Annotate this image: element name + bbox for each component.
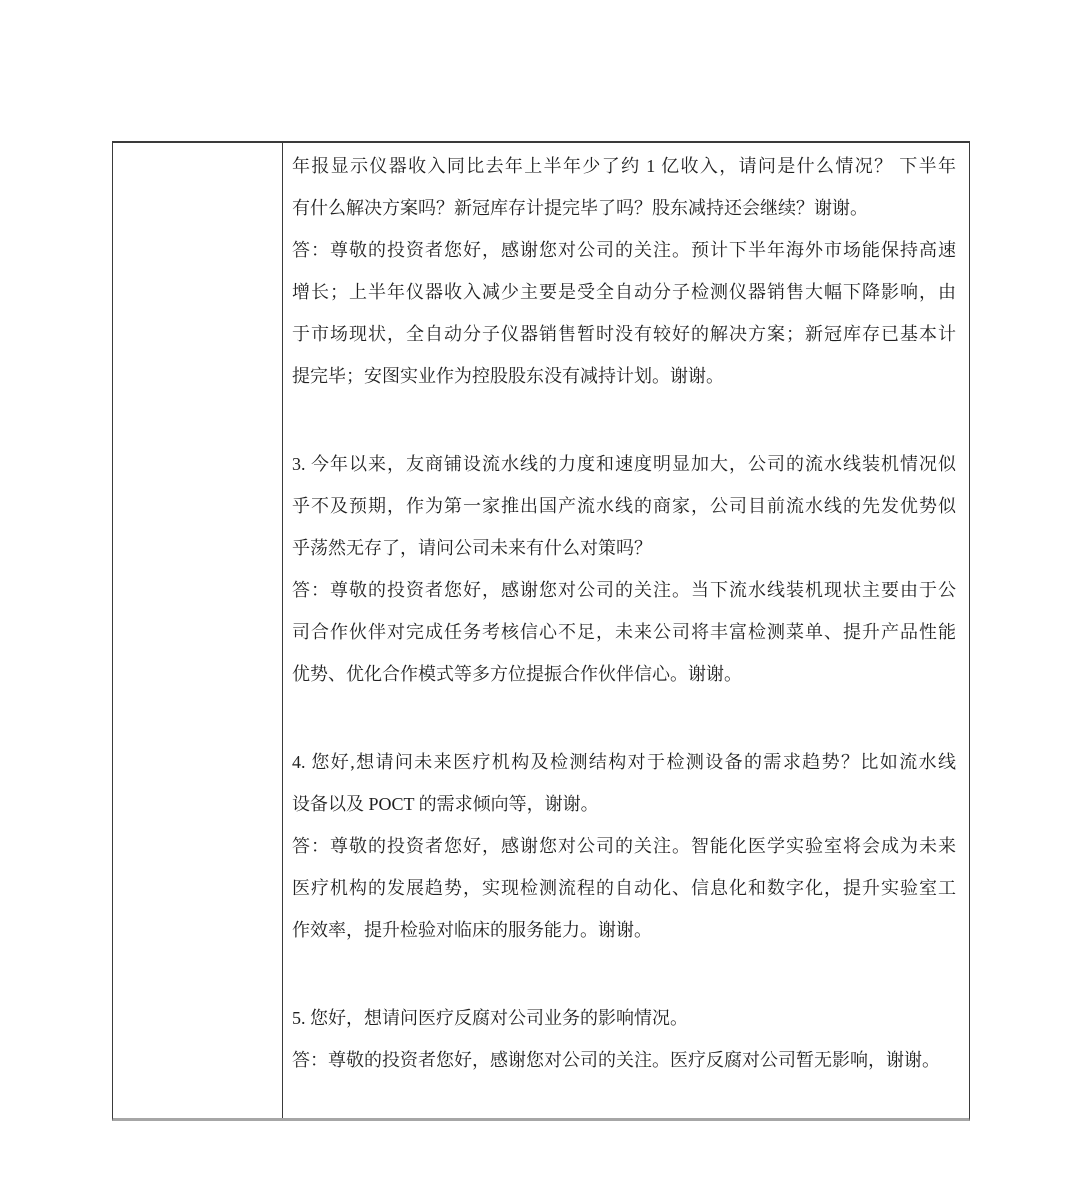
question-text-4: 4. 您好,想请问未来医疗机构及检测结构对于检测设备的需求趋势？比如流水线设备以… xyxy=(292,741,956,825)
table-content-cell: 年报显示仪器收入同比去年上半年少了约 1 亿收入，请问是什么情况？ 下半年有什么… xyxy=(283,143,969,1118)
answer-text-1: 答：尊敬的投资者您好，感谢您对公司的关注。预计下半年海外市场能保持高速增长；上半… xyxy=(292,229,956,397)
text-line: 优势、优化合作模式等多方位提振合作伙伴信心。谢谢。 xyxy=(292,653,956,695)
text-line: 3. 今年以来，友商铺设流水线的力度和速度明显加大，公司的流水线装机情况似 xyxy=(292,443,956,485)
answer-text-4: 答：尊敬的投资者您好，感谢您对公司的关注。智能化医学实验室将会成为未来医疗机构的… xyxy=(292,825,956,951)
text-line: 司合作伙伴对完成任务考核信心不足，未来公司将丰富检测菜单、提升产品性能 xyxy=(292,611,956,653)
answer-text-5: 答：尊敬的投资者您好，感谢您对公司的关注。医疗反腐对公司暂无影响，谢谢。 xyxy=(292,1039,956,1081)
text-line: 设备以及 POCT 的需求倾向等，谢谢。 xyxy=(292,783,956,825)
text-line: 答：尊敬的投资者您好，感谢您对公司的关注。智能化医学实验室将会成为未来 xyxy=(292,825,956,867)
text-line: 答：尊敬的投资者您好，感谢您对公司的关注。医疗反腐对公司暂无影响，谢谢。 xyxy=(292,1039,956,1081)
answer-text-3: 答：尊敬的投资者您好，感谢您对公司的关注。当下流水线装机现状主要由于公司合作伙伴… xyxy=(292,569,956,695)
text-line: 有什么解决方案吗？新冠库存计提完毕了吗？股东减持还会继续？谢谢。 xyxy=(292,187,956,229)
text-line: 乎不及预期，作为第一家推出国产流水线的商家，公司目前流水线的先发优势似 xyxy=(292,485,956,527)
text-line: 答：尊敬的投资者您好，感谢您对公司的关注。预计下半年海外市场能保持高速 xyxy=(292,229,956,271)
qa-item-4: 4. 您好,想请问未来医疗机构及检测结构对于检测设备的需求趋势？比如流水线设备以… xyxy=(292,741,956,951)
qa-table: 年报显示仪器收入同比去年上半年少了约 1 亿收入，请问是什么情况？ 下半年有什么… xyxy=(112,141,970,1121)
document-page: 年报显示仪器收入同比去年上半年少了约 1 亿收入，请问是什么情况？ 下半年有什么… xyxy=(0,0,1080,1197)
text-line: 乎荡然无存了，请问公司未来有什么对策吗？ xyxy=(292,527,956,569)
qa-item-1: 年报显示仪器收入同比去年上半年少了约 1 亿收入，请问是什么情况？ 下半年有什么… xyxy=(292,145,956,397)
text-line: 5. 您好，想请问医疗反腐对公司业务的影响情况。 xyxy=(292,997,956,1039)
text-line: 于市场现状，全自动分子仪器销售暂时没有较好的解决方案；新冠库存已基本计 xyxy=(292,313,956,355)
qa-item-5: 5. 您好，想请问医疗反腐对公司业务的影响情况。 答：尊敬的投资者您好，感谢您对… xyxy=(292,997,956,1081)
text-line: 作效率，提升检验对临床的服务能力。谢谢。 xyxy=(292,909,956,951)
question-text-5: 5. 您好，想请问医疗反腐对公司业务的影响情况。 xyxy=(292,997,956,1039)
question-text-3: 3. 今年以来，友商铺设流水线的力度和速度明显加大，公司的流水线装机情况似乎不及… xyxy=(292,443,956,569)
text-line: 提完毕；安图实业作为控股股东没有减持计划。谢谢。 xyxy=(292,355,956,397)
text-line: 4. 您好,想请问未来医疗机构及检测结构对于检测设备的需求趋势？比如流水线 xyxy=(292,741,956,783)
text-line: 增长；上半年仪器收入减少主要是受全自动分子检测仪器销售大幅下降影响，由 xyxy=(292,271,956,313)
qa-item-3: 3. 今年以来，友商铺设流水线的力度和速度明显加大，公司的流水线装机情况似乎不及… xyxy=(292,443,956,695)
question-text-1: 年报显示仪器收入同比去年上半年少了约 1 亿收入，请问是什么情况？ 下半年有什么… xyxy=(292,145,956,229)
table-left-cell xyxy=(113,143,283,1118)
text-line: 年报显示仪器收入同比去年上半年少了约 1 亿收入，请问是什么情况？ 下半年 xyxy=(292,145,956,187)
text-line: 答：尊敬的投资者您好，感谢您对公司的关注。当下流水线装机现状主要由于公 xyxy=(292,569,956,611)
text-line: 医疗机构的发展趋势，实现检测流程的自动化、信息化和数字化，提升实验室工 xyxy=(292,867,956,909)
